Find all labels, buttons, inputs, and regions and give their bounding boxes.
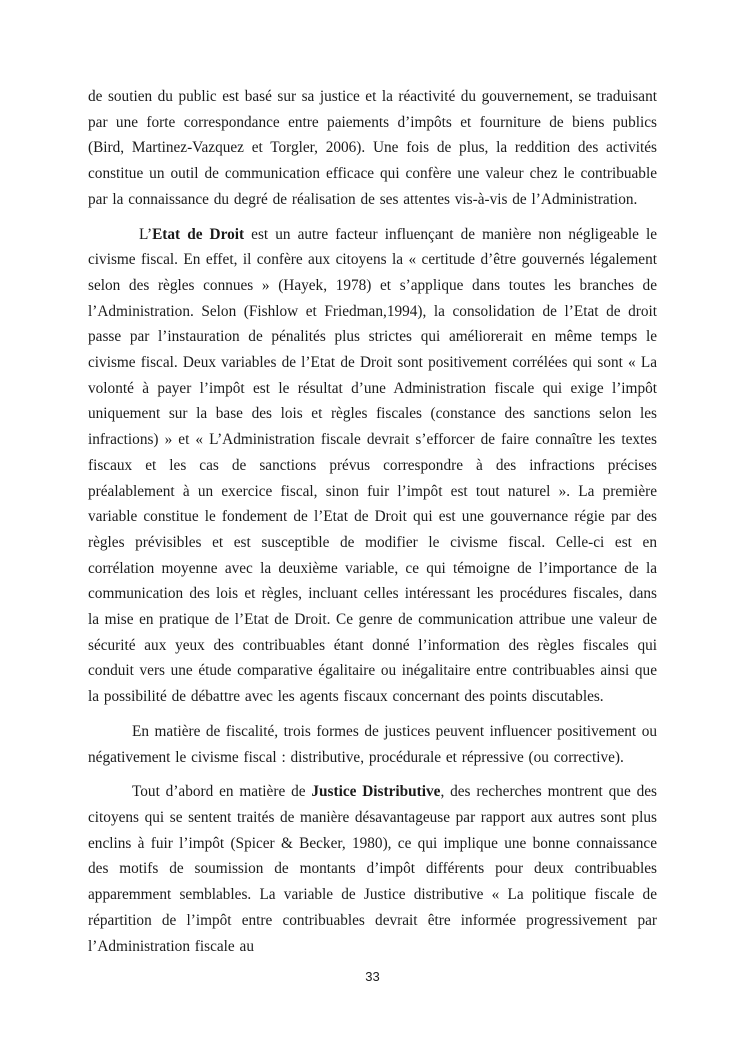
text-run: Tout d’abord en matière de xyxy=(132,783,311,800)
text-run: En matière de fiscalité, trois formes de… xyxy=(88,723,657,766)
paragraph: de soutien du public est basé sur sa jus… xyxy=(88,84,657,213)
paragraph: Tout d’abord en matière de Justice Distr… xyxy=(88,779,657,959)
page-body: de soutien du public est basé sur sa jus… xyxy=(88,84,657,968)
bold-text-run: Etat de Droit xyxy=(152,226,244,243)
bold-text-run: Justice Distributive xyxy=(311,783,440,800)
paragraph: L’Etat de Droit est un autre facteur inf… xyxy=(88,222,657,710)
text-run: est un autre facteur influençant de mani… xyxy=(88,226,657,706)
paragraph: En matière de fiscalité, trois formes de… xyxy=(88,719,657,770)
text-run: de soutien du public est basé sur sa jus… xyxy=(88,88,657,208)
text-run: , des recherches montrent que des citoye… xyxy=(88,783,657,954)
text-run: L’ xyxy=(132,226,152,243)
document-page: de soutien du public est basé sur sa jus… xyxy=(0,0,745,1053)
page-number: 33 xyxy=(0,969,745,984)
